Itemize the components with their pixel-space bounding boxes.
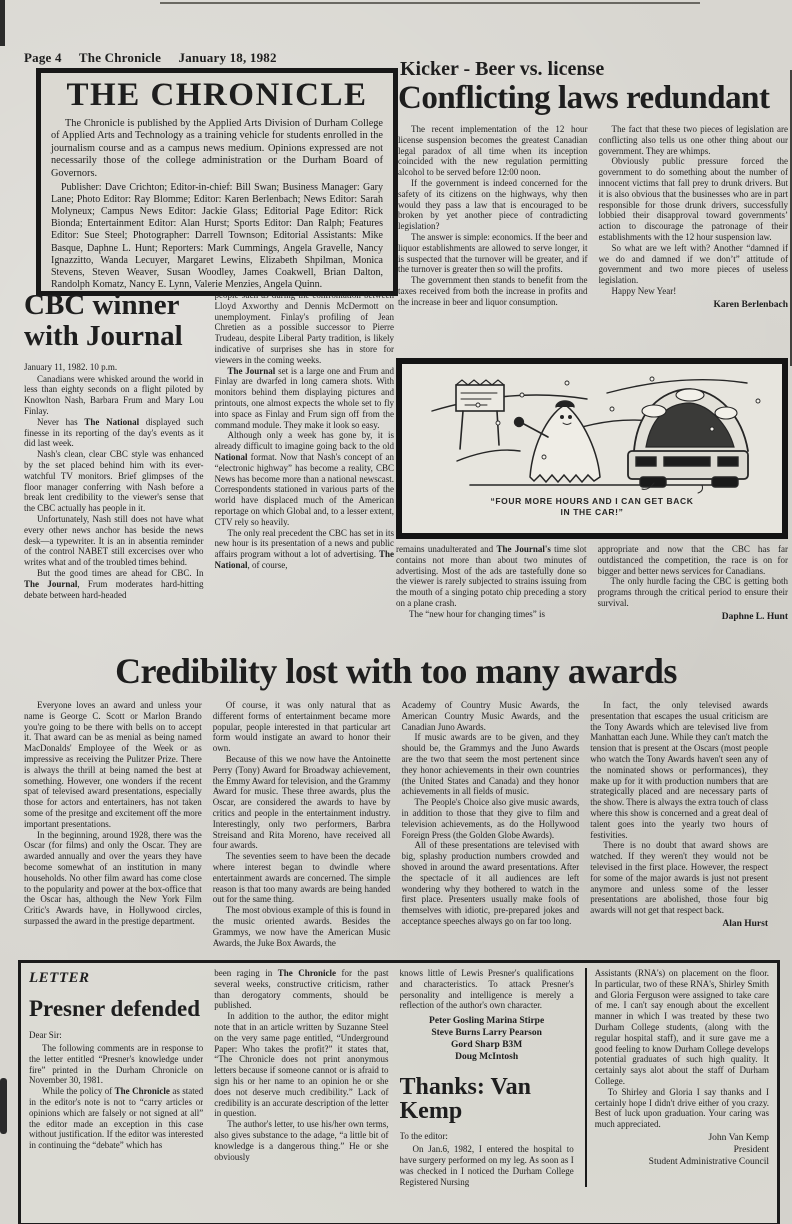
paragraph: In addition to the author, the editor mi… — [214, 1011, 388, 1119]
byline-karen-berlenbach: Karen Berlenbach — [599, 300, 789, 310]
column-text: appropriate and now that the CBC has far… — [598, 544, 789, 609]
caption-line: IN THE CAR!” — [402, 507, 782, 518]
paragraph: Never has The National displayed such fi… — [24, 417, 204, 449]
paragraph: remains unadulterated and The Journal's … — [396, 544, 587, 609]
salutation: To the editor: — [400, 1131, 574, 1142]
headline-conflicting-laws: Conflicting laws redundant — [398, 82, 788, 115]
paragraph: The seventies seem to have been the deca… — [213, 851, 391, 905]
column-text: The fact that these two pieces of legisl… — [599, 124, 789, 297]
paragraph: The government then stands to benefit fr… — [398, 275, 588, 307]
article-column: In fact, the only televised awards prese… — [590, 700, 768, 948]
snowed-car-icon — [628, 389, 748, 493]
article-column: Academy of Country Music Awards, the Ame… — [402, 700, 580, 948]
article-column: The fact that these two pieces of legisl… — [599, 124, 789, 310]
paragraph: The author's letter, to use his/her own … — [214, 1119, 388, 1162]
paragraph: In the beginning, around 1928, there was… — [24, 830, 202, 927]
paragraph: Unfortunately, Nash still does not have … — [24, 514, 204, 568]
article-column: remains unadulterated and The Journal's … — [396, 544, 587, 622]
letter-column: LETTER Presner defended Dear Sir: The fo… — [29, 968, 203, 1187]
paragraph: The fact that these two pieces of legisl… — [599, 124, 789, 156]
paragraph: So what are we left with? Another “damne… — [599, 243, 789, 286]
paragraph: appropriate and now that the CBC has far… — [598, 544, 789, 576]
paper-name: The Chronicle — [79, 50, 161, 65]
paragraph: The People's Choice also give music awar… — [402, 797, 580, 840]
scan-artifact — [0, 0, 5, 46]
letter-label: LETTER — [29, 970, 203, 987]
paragraph: But the good times are ahead for CBC. In… — [24, 568, 204, 600]
paragraph: Peter Gosling Marina Stirpe — [400, 1015, 574, 1027]
paragraph: knows little of Lewis Presner's qualific… — [400, 968, 574, 1011]
paragraph: Student Administrative Council — [595, 1156, 769, 1168]
article-column: Of course, it was only natural that as d… — [213, 700, 391, 948]
column-text: In fact, the only televised awards prese… — [590, 700, 768, 916]
paragraph: The following comments are in response t… — [29, 1043, 203, 1086]
salutation: Dear Sir: — [29, 1030, 203, 1041]
article-cbc-continuation: remains unadulterated and The Journal's … — [396, 544, 788, 656]
letter-column: Assistants (RNA's) on placement on the f… — [585, 968, 769, 1187]
article-credibility: Everyone loves an award and unless your … — [24, 700, 768, 958]
byline-alan-hurst: Alan Hurst — [590, 919, 768, 929]
paragraph: If music awards are to be given, and the… — [402, 732, 580, 797]
article-column: appropriate and now that the CBC has far… — [598, 544, 789, 622]
paragraph: To Shirley and Gloria I say thanks and I… — [595, 1087, 769, 1130]
headline-thanks-van-kemp: Thanks: Van Kemp — [400, 1075, 574, 1123]
paragraph: people such as during the confrontation … — [215, 290, 395, 366]
headline-cbc-winner: CBC winner with Journal — [24, 290, 204, 353]
masthead-about-text: The Chronicle is published by the Applie… — [51, 118, 383, 180]
headline-presner-defended: Presner defended — [29, 997, 203, 1020]
column-text: Canadians were whisked around the world … — [24, 374, 204, 601]
page-number: Page 4 — [24, 50, 62, 65]
paragraph: On Jan.6, 1982, I entered the hospital t… — [400, 1144, 574, 1187]
paragraph: Happy New Year! — [599, 286, 789, 297]
caption-line: “FOUR MORE HOURS AND I CAN GET BACK — [402, 496, 782, 507]
paragraph: If the government is indeed concerned fo… — [398, 178, 588, 232]
paragraph: President — [595, 1144, 769, 1156]
paragraph: been raging in The Chronicle for the pas… — [214, 968, 388, 1011]
scan-artifact — [160, 2, 700, 4]
letter-signatures: Peter Gosling Marina StirpeSteve Burns L… — [400, 1015, 574, 1063]
masthead-staff-list: Publisher: Dave Crichton; Editor-in-chie… — [51, 182, 383, 291]
paragraph: The Journal set is a large one and Frum … — [215, 366, 395, 431]
article-conflicting-laws: Kicker - Beer vs. license Conflicting la… — [398, 58, 788, 358]
article-column: The recent implementation of the 12 hour… — [398, 124, 588, 310]
paragraph: The most obvious example of this is foun… — [213, 905, 391, 948]
paragraph: Doug McIntosh — [400, 1051, 574, 1063]
letter-column: been raging in The Chronicle for the pas… — [214, 968, 388, 1187]
paragraph: Gord Sharp B3M — [400, 1039, 574, 1051]
paragraph: In fact, the only televised awards prese… — [590, 700, 768, 840]
mitten-icon — [515, 418, 524, 427]
paragraph: John Van Kemp — [595, 1132, 769, 1144]
column-text: The following comments are in response t… — [29, 1043, 203, 1151]
page-header: Page 4 The Chronicle January 18, 1982 — [24, 50, 291, 66]
paragraph: While the policy of The Chronicle as sta… — [29, 1086, 203, 1151]
paragraph: The “new hour for changing times” is — [396, 609, 587, 620]
column-text: knows little of Lewis Presner's qualific… — [400, 968, 574, 1011]
column-text: Assistants (RNA's) on placement on the f… — [595, 968, 769, 1130]
cartoon-caption: “FOUR MORE HOURS AND I CAN GET BACK IN T… — [402, 496, 782, 518]
paragraph: Obviously public pressure forced the gov… — [599, 156, 789, 242]
paragraph: The answer is simple: economics. If the … — [398, 232, 588, 275]
paragraph: Although only a week has gone by, it is … — [215, 430, 395, 527]
paragraph: Everyone loves an award and unless your … — [24, 700, 202, 830]
paragraph: The only hurdle facing the CBC is gettin… — [598, 576, 789, 608]
letter-signature-block: John Van KempPresidentStudent Administra… — [595, 1132, 769, 1168]
paragraph: Nash's clean, clear CBC style was enhanc… — [24, 449, 204, 514]
letter-column: knows little of Lewis Presner's qualific… — [400, 968, 574, 1187]
article-cbc-winner: CBC winner with Journal January 11, 1982… — [24, 290, 394, 654]
paragraph: All of these presentations are televised… — [402, 840, 580, 926]
editorial-cartoon: “FOUR MORE HOURS AND I CAN GET BACK IN T… — [396, 358, 788, 539]
letters-section: LETTER Presner defended Dear Sir: The fo… — [18, 960, 780, 1224]
column-text: On Jan.6, 1982, I entered the hospital t… — [400, 1144, 574, 1187]
masthead-title: THE CHRONICLE — [51, 77, 383, 114]
snow-figure-icon — [515, 401, 601, 482]
masthead-box: THE CHRONICLE The Chronicle is published… — [36, 68, 398, 296]
article-column: Everyone loves an award and unless your … — [24, 700, 202, 948]
kicker-headline: Kicker - Beer vs. license — [400, 58, 788, 81]
paragraph: Because of this we now have the Antoinet… — [213, 754, 391, 851]
paragraph: The recent implementation of the 12 hour… — [398, 124, 588, 178]
paragraph: Of course, it was only natural that as d… — [213, 700, 391, 754]
paragraph: Academy of Country Music Awards, the Ame… — [402, 700, 580, 732]
article-column: people such as during the confrontation … — [215, 290, 395, 600]
paragraph: There is no doubt that award shows are w… — [590, 840, 768, 916]
paragraph: Assistants (RNA's) on placement on the f… — [595, 968, 769, 1087]
hat-icon — [556, 401, 574, 407]
headline-credibility: Credibility lost with too many awards — [0, 650, 792, 692]
newspaper-page: Page 4 The Chronicle January 18, 1982 TH… — [0, 0, 792, 1224]
cartoon-drawing — [402, 365, 782, 496]
road-sign-icon — [456, 380, 504, 449]
scan-artifact — [0, 1078, 7, 1134]
paragraph: Canadians were whisked around the world … — [24, 374, 204, 417]
issue-date: January 18, 1982 — [179, 50, 277, 65]
paragraph: The only real precedent the CBC has set … — [215, 528, 395, 571]
dateline: January 11, 1982. 10 p.m. — [24, 362, 204, 373]
paragraph: Steve Burns Larry Pearson — [400, 1027, 574, 1039]
wind-line — [457, 450, 520, 461]
article-column: CBC winner with Journal January 11, 1982… — [24, 290, 204, 600]
byline-daphne-hunt: Daphne L. Hunt — [598, 612, 789, 622]
